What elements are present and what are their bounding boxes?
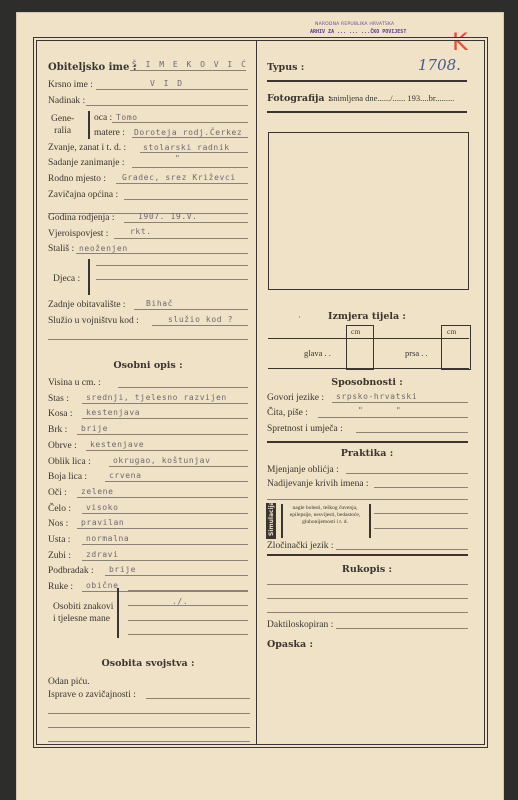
unit-cm-1: cm <box>351 327 360 336</box>
description-label: Kosa : <box>48 409 73 419</box>
criminal-slang-label: Zločinački jezik : <box>267 541 333 551</box>
description-value: visoko <box>86 503 119 512</box>
description-label: Obrve : <box>48 441 77 451</box>
description-value: zdravi <box>86 550 119 559</box>
photo-date: snimljena dne....../...... 193....br....… <box>330 93 454 103</box>
marks-label-1: Osobiti znakovi <box>53 602 113 612</box>
description-value: obične <box>86 581 119 590</box>
description-value: normalna <box>86 534 129 543</box>
archive-stamp-line1: NARODNA REPUBLIKA HRVATSKA <box>315 22 394 27</box>
description-value: zelene <box>81 487 114 496</box>
drinks-label: Odan piću. <box>48 677 90 687</box>
description-label: Zubi : <box>48 551 71 561</box>
religion-label: Vjeroispovjest : <box>48 229 108 239</box>
mother-label: matere : <box>94 128 125 138</box>
description-value: pravilan <box>81 518 124 527</box>
religion-value: rkt. <box>130 227 152 236</box>
last-residence-label: Zadnje obitavalište : <box>48 300 126 310</box>
first-name-label: Krsno ime : <box>48 80 93 90</box>
description-value: brije <box>109 565 136 574</box>
photo-box <box>268 132 469 290</box>
fingerprinted-label: Daktiloskopiran : <box>267 620 333 630</box>
false-names-label: Nadijevanje krivih imena : <box>267 479 369 489</box>
marital-status-label: Stališ : <box>48 244 74 254</box>
traits-heading: Osobita svojstva : <box>48 658 248 669</box>
handwriting-heading: Rukopis : <box>267 564 467 575</box>
simulation-text: nagle bolesti, teškog čuvenja, epilepsij… <box>285 505 365 526</box>
description-label: Oblik lica : <box>48 457 91 467</box>
column-divider <box>256 40 257 745</box>
description-label: Stas : <box>48 394 69 404</box>
father-label: oca : <box>94 113 112 123</box>
reads-writes-value: " " <box>358 406 401 415</box>
languages-value: srpsko-hrvatski <box>336 392 417 401</box>
description-value: crvena <box>109 471 142 480</box>
surname-label: Obiteljsko ime : <box>48 62 137 73</box>
description-label: Boja lica : <box>48 472 87 482</box>
personal-description-heading: Osobni opis : <box>48 360 248 371</box>
description-label: Ruke : <box>48 582 73 592</box>
description-value: kestenjava <box>86 408 140 417</box>
remark-heading: Opaska : <box>267 639 313 650</box>
father-value: Tomo <box>116 113 138 122</box>
description-value: brije <box>81 424 108 433</box>
current-occupation-value: " <box>175 154 180 163</box>
nickname-label: Nadinak : <box>48 96 85 106</box>
home-municipality-label: Zavičajna općina : <box>48 190 118 200</box>
marital-status-value: neoženjen <box>79 244 128 253</box>
description-label: Čelo : <box>48 504 71 514</box>
occupation-value: stolarski radnik <box>143 143 230 152</box>
birth-year-label: Godina rodjenja : <box>48 213 114 223</box>
description-label: Visina u cm. : <box>48 378 101 388</box>
practice-heading: Praktika : <box>267 448 467 459</box>
unit-cm-2: cm <box>447 327 456 336</box>
documents-label: Isprave o zavičajnosti : <box>48 690 136 700</box>
surname-value: Š I M E K O V I Ć <box>132 60 248 69</box>
mother-value: Doroteja rodj.Čerkez <box>134 128 242 137</box>
generalia-label: Gene- ralia <box>51 113 74 137</box>
reads-writes-label: Čita, piše : <box>267 408 308 418</box>
description-value: srednji, tjelesno razvijen <box>86 393 227 402</box>
body-measure-heading: Izmjera tijela : <box>267 311 467 322</box>
first-name-value: V I D <box>150 79 184 88</box>
chest-label: prsa . . <box>405 348 428 358</box>
description-label: Brk : <box>48 425 67 435</box>
military-label: Služio u vojništvu kod : <box>48 316 139 326</box>
archive-stamp-line2: ARHIV ZA ... ... ...ČKO POVIJEST <box>310 29 406 35</box>
description-label: Oči : <box>48 488 67 498</box>
military-value: služio kod ? <box>168 315 233 324</box>
description-value: kestenjave <box>90 440 144 449</box>
description-label: Usta : <box>48 535 70 545</box>
head-label: glava . . <box>304 348 331 358</box>
birthplace-value: Gradec, srez Križevci <box>122 173 236 182</box>
languages-label: Govori jezike : <box>267 393 324 403</box>
last-residence-value: Bihač <box>146 299 173 308</box>
abilities-heading: Sposobnosti : <box>267 377 467 388</box>
file-number: 1708. <box>418 56 461 74</box>
photo-label: Fotografija : <box>267 93 331 104</box>
current-occupation-label: Sadanje zanimanje : <box>48 158 125 168</box>
description-label: Podbradak : <box>48 566 94 576</box>
children-label: Djeca : <box>53 274 80 284</box>
skills-label: Spretnost i umječa : <box>267 424 343 434</box>
description-value: okrugao, koštunjav <box>113 456 211 465</box>
marks-label-2: i tjelesne mane <box>53 614 110 624</box>
birth-year-value: 1907. 19.V. <box>138 212 198 221</box>
typus-label: Typus : <box>267 62 304 73</box>
occupation-label: Zvanje, zanat i t. d. : <box>48 143 126 153</box>
disguise-label: Mjenjanje oblićja : <box>267 465 339 475</box>
description-label: Nos : <box>48 519 68 529</box>
birthplace-label: Rodno mjesto : <box>48 174 106 184</box>
